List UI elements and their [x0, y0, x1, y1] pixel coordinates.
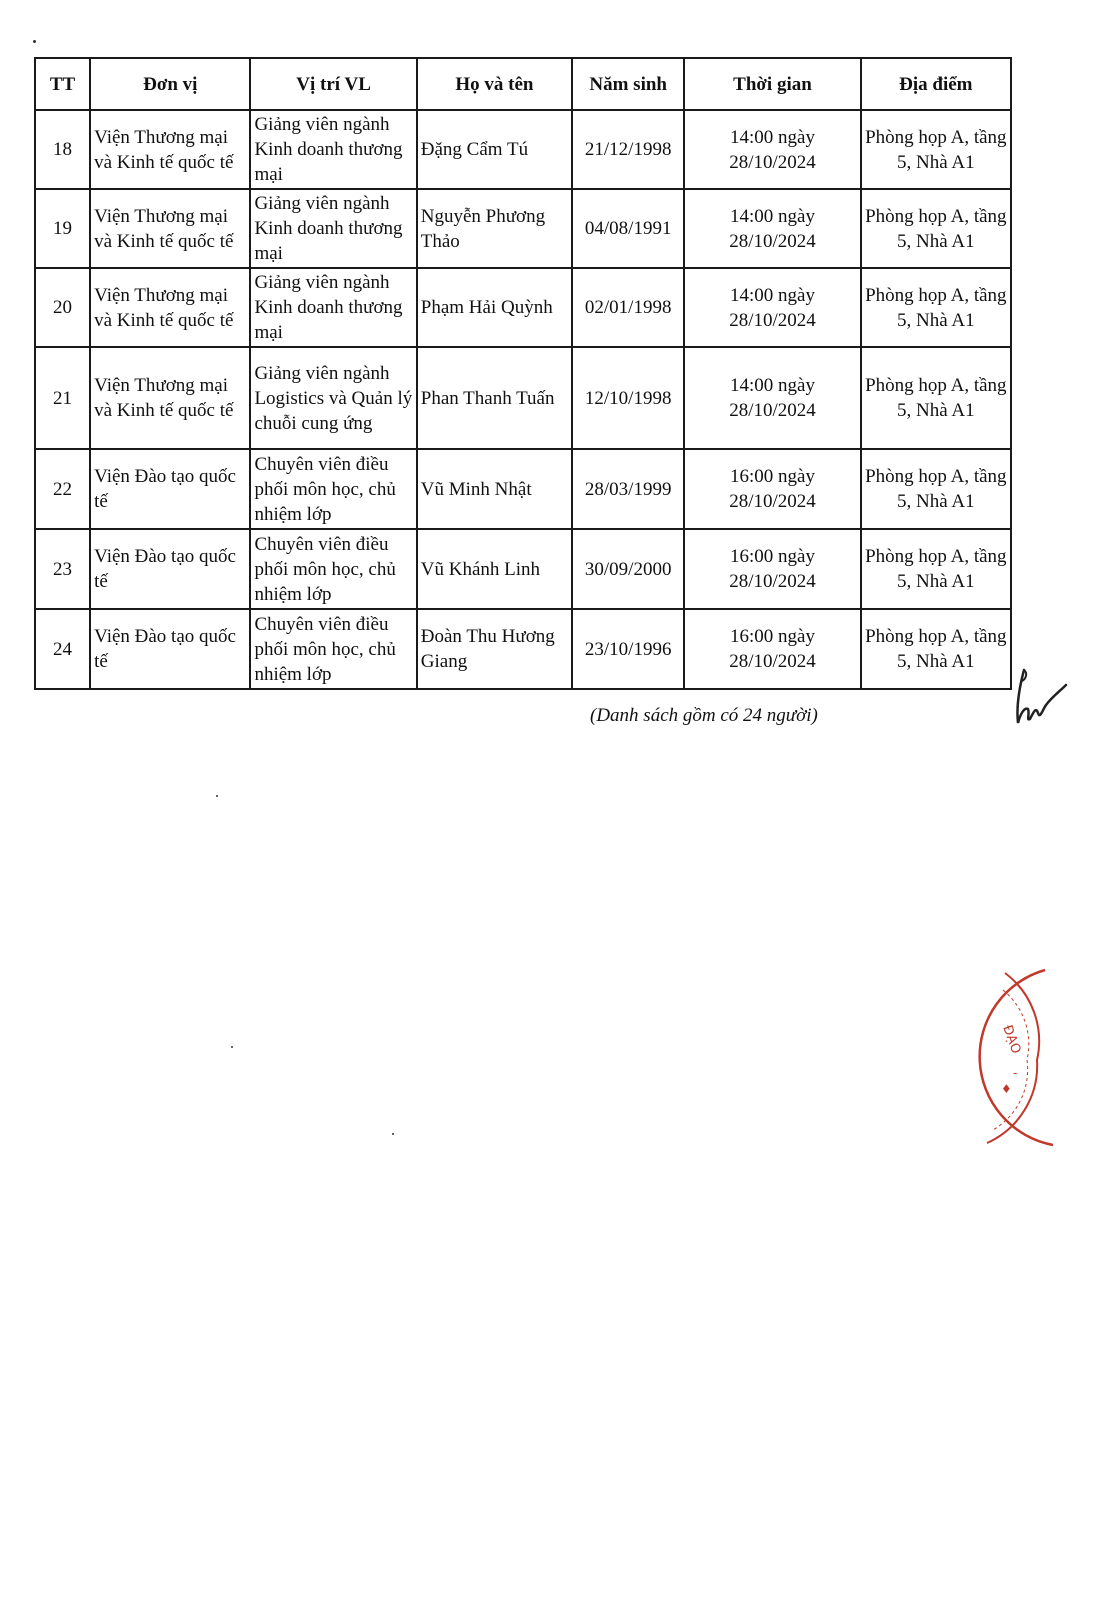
table-row: 22 Viện Đào tạo quốc tế Chuyên viên điều… [35, 449, 1011, 529]
list-count-note: (Danh sách gồm có 24 người) [590, 705, 818, 727]
svg-text:♦: ♦ [1001, 1082, 1012, 1096]
cell-tt: 18 [35, 110, 90, 189]
cell-don-vi: Viện Thương mại và Kinh tế quốc tế [90, 268, 250, 347]
signature-icon [1010, 665, 1070, 735]
cell-nam-sinh: 30/09/2000 [572, 529, 684, 609]
cell-vi-tri: Chuyên viên điều phối môn học, chủ nhiệm… [250, 609, 416, 689]
cell-don-vi: Viện Thương mại và Kinh tế quốc tế [90, 110, 250, 189]
table-row: 18 Viện Thương mại và Kinh tế quốc tế Gi… [35, 110, 1011, 189]
header-thoi-gian: Thời gian [684, 58, 860, 110]
cell-thoi-gian: 16:00 ngày 28/10/2024 [684, 529, 860, 609]
cell-ho-ten: Phan Thanh Tuấn [417, 347, 572, 449]
cell-ho-ten: Đặng Cẩm Tú [417, 110, 572, 189]
header-don-vi: Đơn vị [90, 58, 250, 110]
cell-tt: 21 [35, 347, 90, 449]
header-nam-sinh: Năm sinh [572, 58, 684, 110]
cell-don-vi: Viện Đào tạo quốc tế [90, 449, 250, 529]
cell-ho-ten: Phạm Hải Quỳnh [417, 268, 572, 347]
scan-speck [392, 1133, 394, 1135]
cell-thoi-gian: 14:00 ngày 28/10/2024 [684, 110, 860, 189]
cell-nam-sinh: 12/10/1998 [572, 347, 684, 449]
table-row: 21 Viện Thương mại và Kinh tế quốc tế Gi… [35, 347, 1011, 449]
cell-ho-ten: Nguyễn Phương Thảo [417, 189, 572, 268]
cell-vi-tri: Giảng viên ngành Kinh doanh thương mại [250, 189, 416, 268]
header-dia-diem: Địa điểm [861, 58, 1011, 110]
cell-tt: 22 [35, 449, 90, 529]
cell-dia-diem: Phòng họp A, tầng 5, Nhà A1 [861, 529, 1011, 609]
cell-nam-sinh: 28/03/1999 [572, 449, 684, 529]
official-seal-icon: ĐẠO - ♦ [975, 965, 1065, 1150]
header-ho-ten: Họ và tên [417, 58, 572, 110]
cell-nam-sinh: 21/12/1998 [572, 110, 684, 189]
table-row: 23 Viện Đào tạo quốc tế Chuyên viên điều… [35, 529, 1011, 609]
cell-don-vi: Viện Thương mại và Kinh tế quốc tế [90, 189, 250, 268]
cell-ho-ten: Vũ Minh Nhật [417, 449, 572, 529]
cell-vi-tri: Giảng viên ngành Kinh doanh thương mại [250, 268, 416, 347]
table-header-row: TT Đơn vị Vị trí VL Họ và tên Năm sinh T… [35, 58, 1011, 110]
cell-thoi-gian: 14:00 ngày 28/10/2024 [684, 268, 860, 347]
cell-thoi-gian: 16:00 ngày 28/10/2024 [684, 609, 860, 689]
cell-thoi-gian: 14:00 ngày 28/10/2024 [684, 189, 860, 268]
svg-text:-: - [1013, 1066, 1017, 1080]
svg-text:ĐẠO: ĐẠO [999, 1023, 1023, 1056]
cell-don-vi: Viện Thương mại và Kinh tế quốc tế [90, 347, 250, 449]
cell-tt: 20 [35, 268, 90, 347]
table-row: 19 Viện Thương mại và Kinh tế quốc tế Gi… [35, 189, 1011, 268]
cell-nam-sinh: 23/10/1996 [572, 609, 684, 689]
cell-dia-diem: Phòng họp A, tầng 5, Nhà A1 [861, 110, 1011, 189]
cell-ho-ten: Vũ Khánh Linh [417, 529, 572, 609]
cell-vi-tri: Chuyên viên điều phối môn học, chủ nhiệm… [250, 449, 416, 529]
cell-don-vi: Viện Đào tạo quốc tế [90, 529, 250, 609]
cell-vi-tri: Giảng viên ngành Kinh doanh thương mại [250, 110, 416, 189]
scan-speck [33, 40, 36, 43]
cell-tt: 23 [35, 529, 90, 609]
cell-vi-tri: Giảng viên ngành Logistics và Quản lý ch… [250, 347, 416, 449]
header-vi-tri: Vị trí VL [250, 58, 416, 110]
cell-dia-diem: Phòng họp A, tầng 5, Nhà A1 [861, 347, 1011, 449]
cell-dia-diem: Phòng họp A, tầng 5, Nhà A1 [861, 189, 1011, 268]
scan-speck [231, 1046, 233, 1048]
cell-vi-tri: Chuyên viên điều phối môn học, chủ nhiệm… [250, 529, 416, 609]
candidate-schedule-table: TT Đơn vị Vị trí VL Họ và tên Năm sinh T… [34, 57, 1012, 690]
cell-dia-diem: Phòng họp A, tầng 5, Nhà A1 [861, 449, 1011, 529]
cell-dia-diem: Phòng họp A, tầng 5, Nhà A1 [861, 268, 1011, 347]
cell-nam-sinh: 02/01/1998 [572, 268, 684, 347]
cell-tt: 24 [35, 609, 90, 689]
cell-don-vi: Viện Đào tạo quốc tế [90, 609, 250, 689]
cell-dia-diem: Phòng họp A, tầng 5, Nhà A1 [861, 609, 1011, 689]
header-tt: TT [35, 58, 90, 110]
cell-ho-ten: Đoàn Thu Hương Giang [417, 609, 572, 689]
table-row: 24 Viện Đào tạo quốc tế Chuyên viên điều… [35, 609, 1011, 689]
cell-tt: 19 [35, 189, 90, 268]
cell-thoi-gian: 16:00 ngày 28/10/2024 [684, 449, 860, 529]
cell-thoi-gian: 14:00 ngày 28/10/2024 [684, 347, 860, 449]
scan-speck [216, 795, 218, 797]
cell-nam-sinh: 04/08/1991 [572, 189, 684, 268]
table-row: 20 Viện Thương mại và Kinh tế quốc tế Gi… [35, 268, 1011, 347]
